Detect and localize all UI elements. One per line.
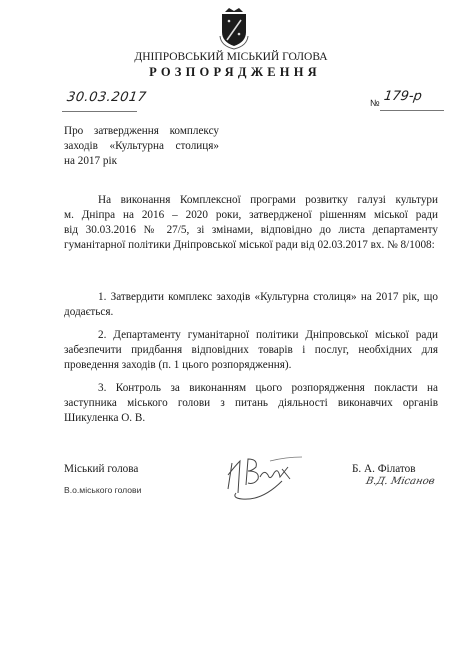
text-line: проведення заходів (п. 1 цього розпорядж…	[64, 358, 438, 373]
text-line: гуманітарної політики Дніпровської міськ…	[64, 238, 438, 253]
subject-line: заходів «Культурна столиця»	[64, 139, 219, 154]
handwritten-signature-icon	[222, 455, 304, 505]
coat-of-arms-icon	[217, 6, 251, 50]
preamble-paragraph: На виконання Комплексної програми розвит…	[64, 193, 438, 253]
text-line: Шикуленка О. В.	[64, 411, 438, 426]
order-item-1: 1. Затвердити комплекс заходів «Культурн…	[64, 290, 438, 320]
text-line: м. Дніпра на 2016 – 2020 роки, затвердже…	[64, 208, 438, 223]
text-line: На виконання Комплексної програми розвит…	[64, 193, 438, 208]
order-item-2: 2. Департаменту гуманітарної політики Дн…	[64, 328, 438, 373]
text-line: 1. Затвердити комплекс заходів «Культурн…	[64, 290, 438, 305]
signatory-position: Міський голова	[64, 463, 138, 475]
text-line: 2. Департаменту гуманітарної політики Дн…	[64, 328, 438, 343]
order-item-3: 3. Контроль за виконанням цього розпоряд…	[64, 381, 438, 426]
document-date: 30.03.2017	[66, 90, 148, 105]
text-line: забезпечити придбання відповідних товарі…	[64, 343, 438, 358]
number-label: №	[370, 98, 380, 108]
acting-position: В.о.міського голови	[64, 485, 141, 495]
signatory-name: Б. А. Філатов	[352, 463, 416, 475]
document-type: РОЗПОРЯДЖЕННЯ	[0, 65, 462, 80]
text-line: від 30.03.2016 № 27/5, зі змінами, відпо…	[64, 223, 438, 238]
text-line: 3. Контроль за виконанням цього розпоряд…	[64, 381, 438, 396]
subject-line: Про затвердження комплексу	[64, 124, 219, 139]
acting-signatory-name: В.Д. Місанов	[365, 476, 436, 487]
text-line: заступника міського голови з питань діял…	[64, 396, 438, 411]
text-line: додається.	[64, 305, 438, 320]
subject-line: на 2017 рік	[64, 154, 219, 169]
document-subject: Про затвердження комплексу заходів «Куль…	[64, 124, 219, 169]
document-number: 179-р	[383, 89, 423, 104]
organization-title: ДНІПРОВСЬКИЙ МІСЬКИЙ ГОЛОВА	[0, 51, 462, 63]
